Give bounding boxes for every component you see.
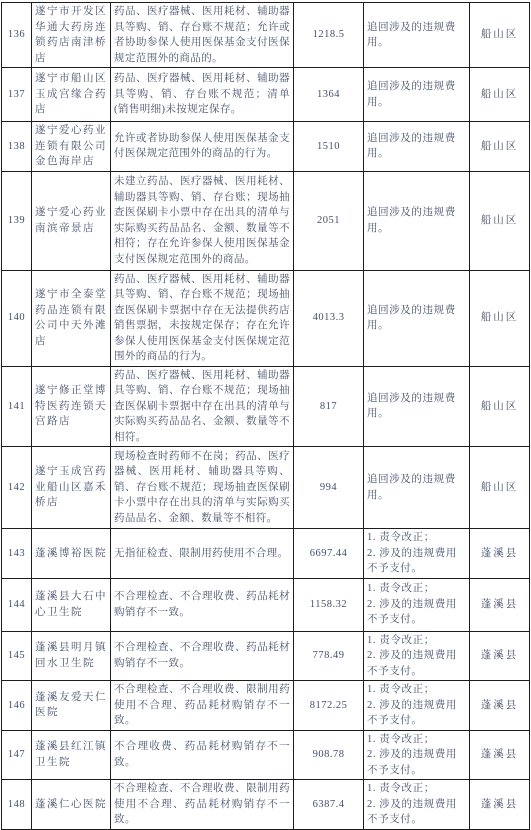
amount-value: 6697.44 xyxy=(294,529,364,579)
amount-value: 1510 xyxy=(294,122,364,172)
row-number: 138 xyxy=(2,122,32,172)
institution-name: 蓬溪县红江镇卫生院 xyxy=(32,730,111,780)
row-number: 139 xyxy=(2,171,32,270)
amount-value: 817 xyxy=(294,366,364,447)
violation-description: 药品、医疗器械、医用耗材、辅助器具等购、销、存台账不规范；现场抽查医保刷卡票据中… xyxy=(111,366,294,447)
violation-description: 药品、医疗器械、医用耗材、辅助器具等购、销、存台账不规范；允许或者协助参保人使用… xyxy=(111,3,294,68)
institution-name: 蓬溪博裕医院 xyxy=(32,529,111,579)
amount-value: 4013.3 xyxy=(294,270,364,366)
handling-measure: 追回涉及的违规费用。 xyxy=(364,171,470,270)
row-number: 145 xyxy=(2,631,32,681)
violation-description: 药品、医疗器械、医用耗材、辅助器具等购、销、存台账不规范；现场抽查医保刷卡票据中… xyxy=(111,270,294,366)
district-name: 船山区 xyxy=(470,270,530,366)
row-number: 146 xyxy=(2,681,32,731)
institution-name: 遂宁市开发区华通大药房连锁药店南津桥店 xyxy=(32,3,111,68)
row-number: 141 xyxy=(2,366,32,447)
handling-measure: 追回涉及的违规费用。 xyxy=(364,3,470,68)
district-name: 船山区 xyxy=(470,68,530,122)
handling-measure: 追回涉及的违规费用。 xyxy=(364,68,470,122)
district-name: 蓬溪县 xyxy=(470,681,530,731)
violation-table-body: 136 遂宁市开发区华通大药房连锁药店南津桥店 药品、医疗器械、医用耗材、辅助器… xyxy=(2,3,530,830)
table-row: 144 蓬溪县大石中心卫生院 不合理检查、不合理收费、药品耗材购销存不一致。 1… xyxy=(2,578,530,631)
handling-measure: 追回涉及的违规费用。 xyxy=(364,270,470,366)
table-row: 140 遂宁市全泰堂药品连锁有限公司中天外滩店 药品、医疗器械、医用耗材、辅助器… xyxy=(2,270,530,366)
district-name: 船山区 xyxy=(470,122,530,172)
table-row: 143 蓬溪博裕医院 无指征检查、限制用药使用不合理。 6697.44 1. 责… xyxy=(2,529,530,579)
row-number: 140 xyxy=(2,270,32,366)
table-row: 139 遂宁爱心药业南滨帝景店 未建立药品、医疗器械、医用耗材、辅助器具等购、销… xyxy=(2,171,530,270)
row-number: 144 xyxy=(2,578,32,631)
table-row: 138 遂宁爱心药业连锁有限公司金色海岸店 允许或者协助参保人使用医保基金支付医… xyxy=(2,122,530,172)
table-row: 137 遂宁市船山区玉成宫缘合药店 药品、医疗器械、医用耗材、辅助器具等购、销、… xyxy=(2,68,530,122)
institution-name: 遂宁市全泰堂药品连锁有限公司中天外滩店 xyxy=(32,270,111,366)
amount-value: 8172.25 xyxy=(294,681,364,731)
handling-measure: 追回涉及的违规费用。 xyxy=(364,122,470,172)
row-number: 137 xyxy=(2,68,32,122)
institution-name: 遂宁爱心药业连锁有限公司金色海岸店 xyxy=(32,122,111,172)
table-row: 136 遂宁市开发区华通大药房连锁药店南津桥店 药品、医疗器械、医用耗材、辅助器… xyxy=(2,3,530,68)
handling-measure: 1. 责令改正； 2. 涉及的违规费用不予支付。 xyxy=(364,730,470,780)
institution-name: 遂宁修正堂博特医药连锁天宫路店 xyxy=(32,366,111,447)
district-name: 蓬溪县 xyxy=(470,730,530,780)
handling-measure: 1. 责令改正； 2. 涉及的违规费用不予支付。 xyxy=(364,780,470,830)
institution-name: 遂宁玉成宫药业船山区嘉禾桥店 xyxy=(32,447,111,529)
district-name: 蓬溪县 xyxy=(470,529,530,579)
district-name: 蓬溪县 xyxy=(470,780,530,830)
violation-description: 允许或者协助参保人使用医保基金支付医保规定范围外的商品的行为。 xyxy=(111,122,294,172)
row-number: 136 xyxy=(2,3,32,68)
amount-value: 6387.4 xyxy=(294,780,364,830)
amount-value: 2051 xyxy=(294,171,364,270)
district-name: 船山区 xyxy=(470,447,530,529)
institution-name: 遂宁市船山区玉成宫缘合药店 xyxy=(32,68,111,122)
institution-name: 蓬溪县明月镇回水卫生院 xyxy=(32,631,111,681)
amount-value: 994 xyxy=(294,447,364,529)
handling-measure: 1. 责令改正； 2. 涉及的违规费用不予支付。 xyxy=(364,529,470,579)
violation-table: 136 遂宁市开发区华通大药房连锁药店南津桥店 药品、医疗器械、医用耗材、辅助器… xyxy=(1,2,530,830)
violation-description: 不合理检查、不合理收费、限制用药使用不合理、药品耗材购销存不一致。 xyxy=(111,681,294,731)
violation-description: 不合理检查、不合理收费、限制用药使用不合理、药品耗材购销存不一致。 xyxy=(111,780,294,830)
handling-measure: 1. 责令改正； 2. 涉及的违规费用不予支付。 xyxy=(364,631,470,681)
violation-description: 无指征检查、限制用药使用不合理。 xyxy=(111,529,294,579)
table-row: 147 蓬溪县红江镇卫生院 不合理收费、药品耗材购销存不一致。 908.78 1… xyxy=(2,730,530,780)
row-number: 148 xyxy=(2,780,32,830)
table-row: 142 遂宁玉成宫药业船山区嘉禾桥店 现场检查时药师不在岗；药品、医疗器械、医用… xyxy=(2,447,530,529)
institution-name: 蓬溪县大石中心卫生院 xyxy=(32,578,111,631)
row-number: 147 xyxy=(2,730,32,780)
table-row: 145 蓬溪县明月镇回水卫生院 不合理检查、不合理收费、药品耗材购销存不一致。 … xyxy=(2,631,530,681)
district-name: 蓬溪县 xyxy=(470,631,530,681)
violation-description: 不合理收费、药品耗材购销存不一致。 xyxy=(111,730,294,780)
row-number: 143 xyxy=(2,529,32,579)
violation-description: 药品、医疗器械、医用耗材、辅助器具等购、销、存台账不规范；清单(销售明细)未按规… xyxy=(111,68,294,122)
violation-description: 不合理检查、不合理收费、药品耗材购销存不一致。 xyxy=(111,578,294,631)
violation-description: 现场检查时药师不在岗；药品、医疗器械、医用耗材、辅助器具等购、销、存台账不规范；… xyxy=(111,447,294,529)
handling-measure: 1. 责令改正； 2. 涉及的违规费用不予支付。 xyxy=(364,578,470,631)
district-name: 船山区 xyxy=(470,171,530,270)
district-name: 船山区 xyxy=(470,3,530,68)
table-row: 141 遂宁修正堂博特医药连锁天宫路店 药品、医疗器械、医用耗材、辅助器具等购、… xyxy=(2,366,530,447)
handling-measure: 1. 责令改正； 2. 涉及的违规费用不予支付。 xyxy=(364,681,470,731)
handling-measure: 追回涉及的违规费用。 xyxy=(364,447,470,529)
district-name: 船山区 xyxy=(470,366,530,447)
institution-name: 蓬溪仁心医院 xyxy=(32,780,111,830)
institution-name: 遂宁爱心药业南滨帝景店 xyxy=(32,171,111,270)
amount-value: 778.49 xyxy=(294,631,364,681)
district-name: 蓬溪县 xyxy=(470,578,530,631)
institution-name: 蓬溪友爱天仁医院 xyxy=(32,681,111,731)
amount-value: 908.78 xyxy=(294,730,364,780)
handling-measure: 追回涉及的违规费用。 xyxy=(364,366,470,447)
amount-value: 1364 xyxy=(294,68,364,122)
row-number: 142 xyxy=(2,447,32,529)
amount-value: 1158.32 xyxy=(294,578,364,631)
violation-description: 未建立药品、医疗器械、医用耗材、辅助器具等购、销、存台账；现场抽查医保刷卡小票中… xyxy=(111,171,294,270)
amount-value: 1218.5 xyxy=(294,3,364,68)
violation-description: 不合理检查、不合理收费、药品耗材购销存不一致。 xyxy=(111,631,294,681)
table-row: 148 蓬溪仁心医院 不合理检查、不合理收费、限制用药使用不合理、药品耗材购销存… xyxy=(2,780,530,830)
table-row: 146 蓬溪友爱天仁医院 不合理检查、不合理收费、限制用药使用不合理、药品耗材购… xyxy=(2,681,530,731)
